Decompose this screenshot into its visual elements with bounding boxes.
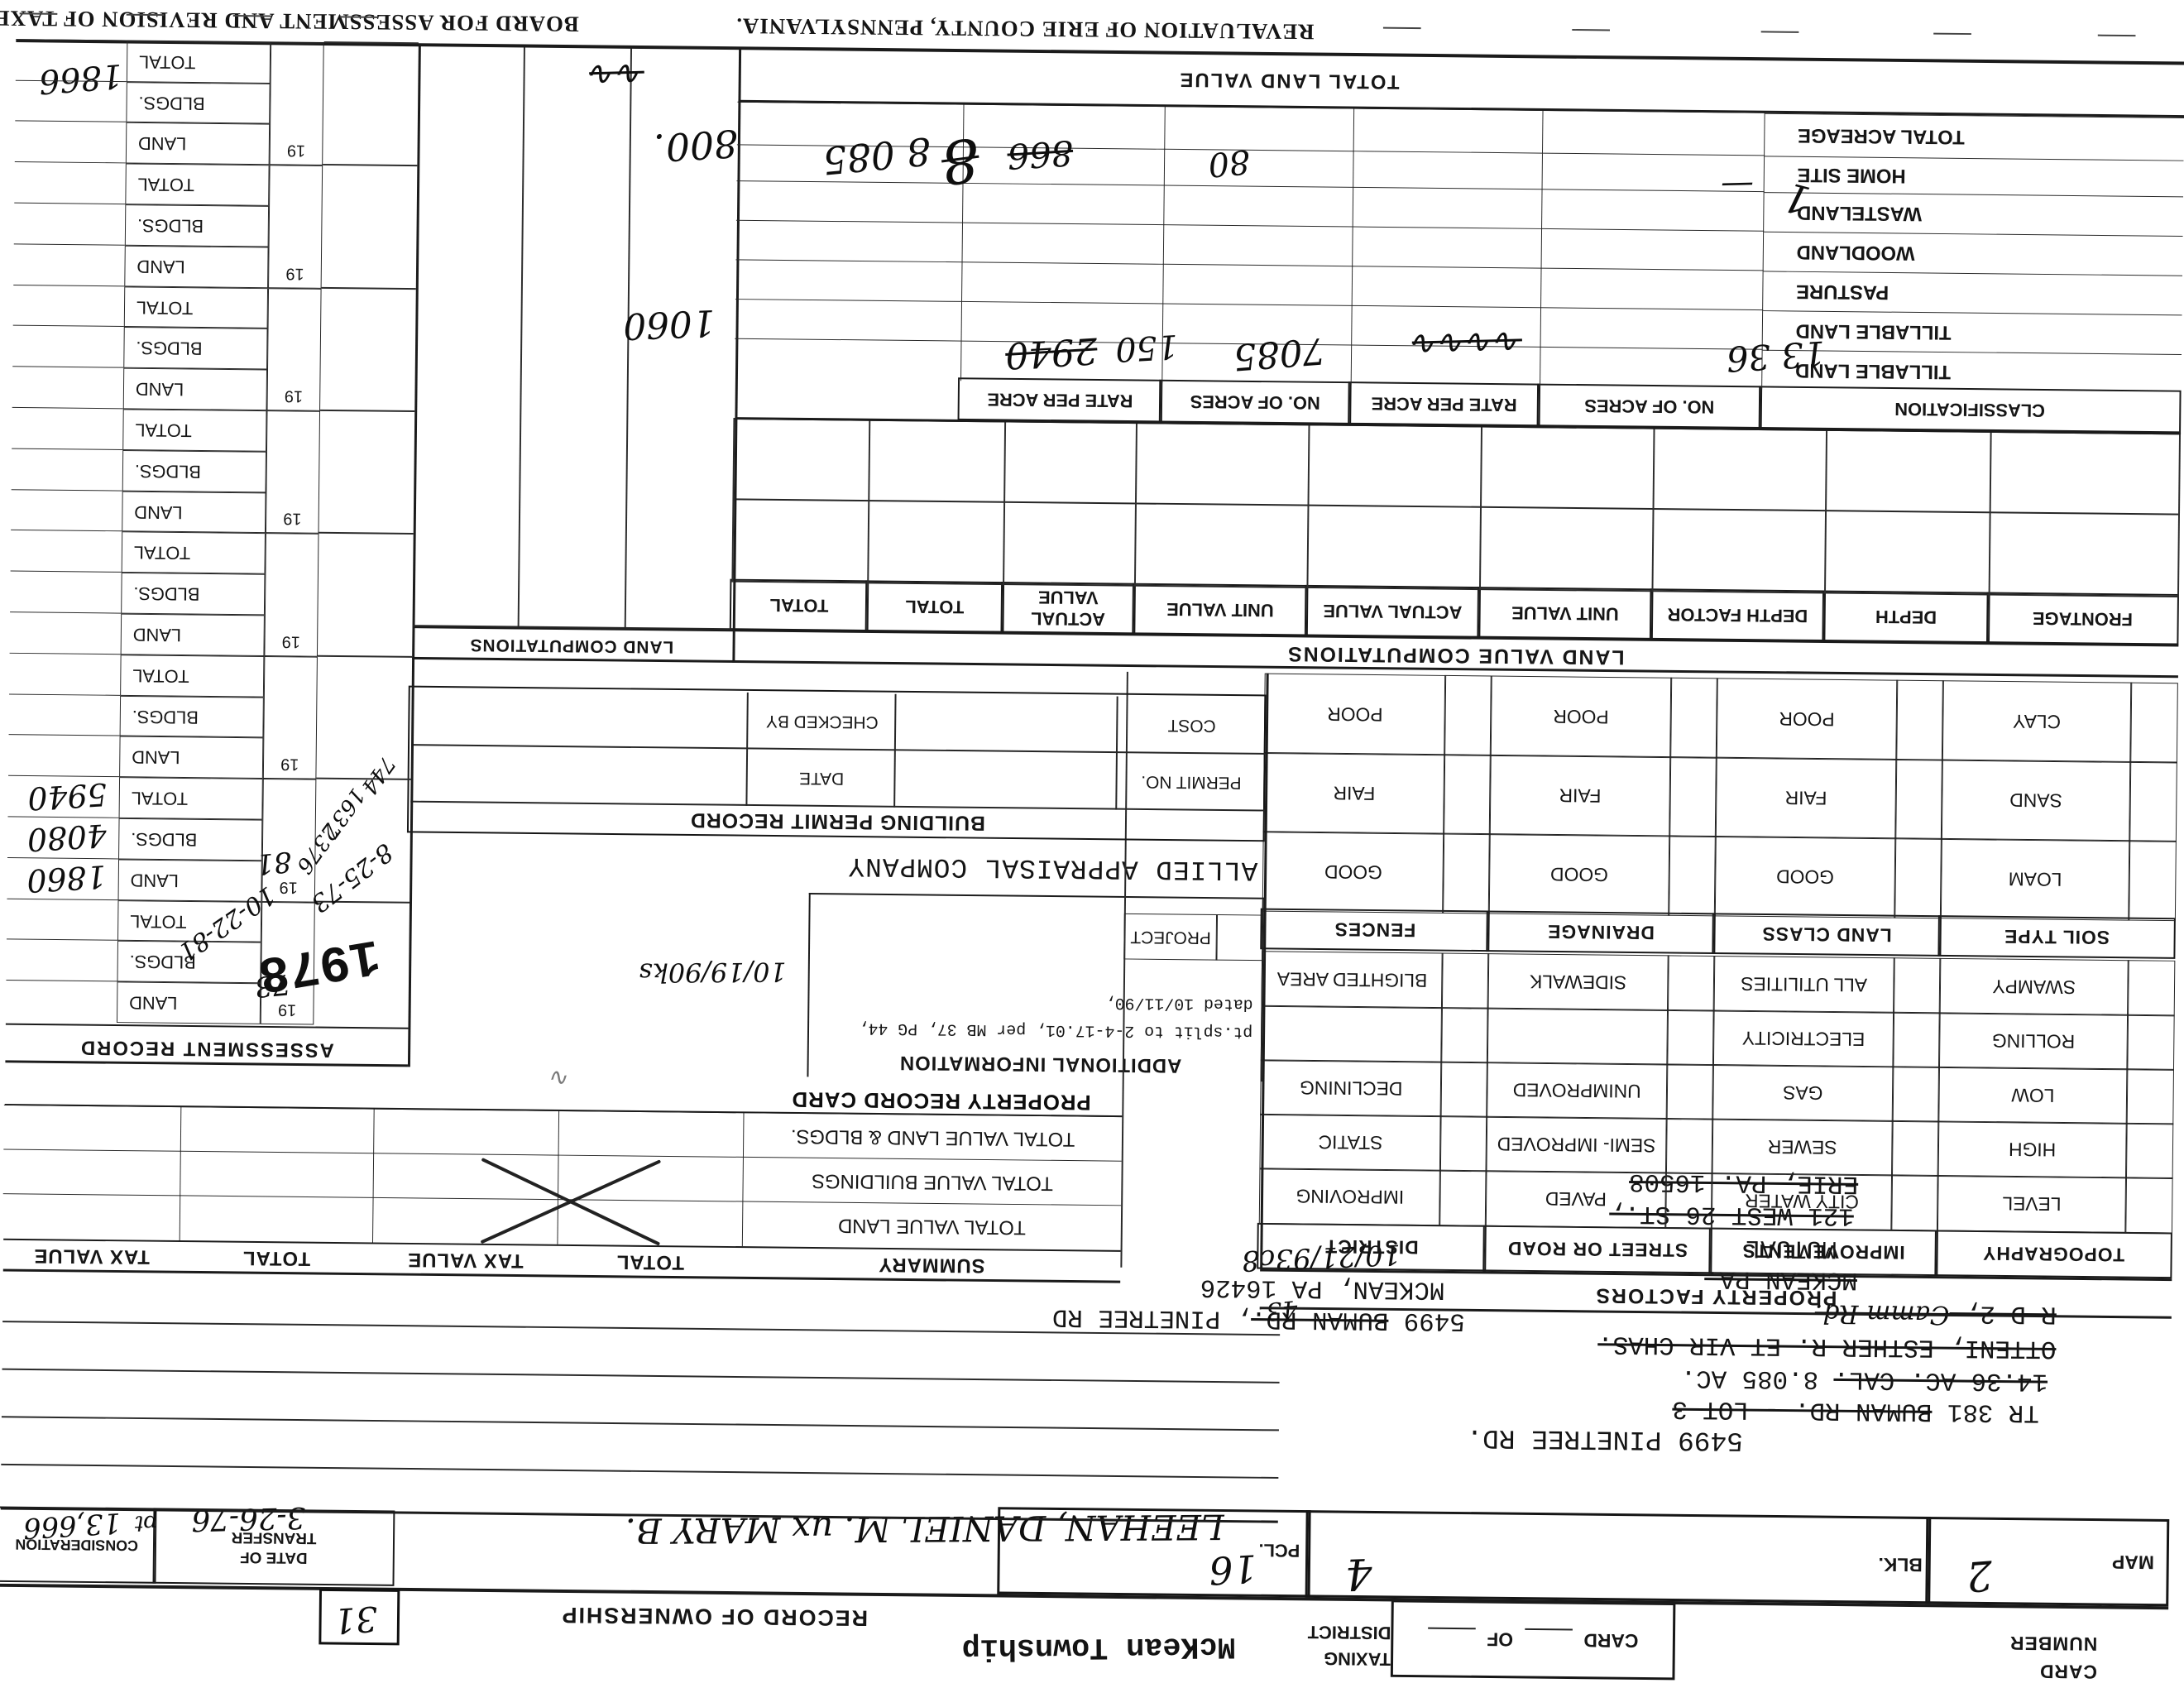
factor-sub-label: GOOD — [1488, 833, 1670, 916]
blk-box — [1305, 1510, 1932, 1604]
rule — [1572, 29, 1610, 31]
assessment-value-cell — [14, 161, 126, 204]
factor-label: ELECTRICITY — [1712, 1010, 1894, 1068]
assessment-value-cell — [12, 325, 124, 368]
blank-line — [1525, 1628, 1573, 1652]
summary-cell — [3, 1149, 181, 1196]
assessment-row-label: TOTAL — [122, 409, 266, 451]
factors-sub-header: DRAINAGE — [1486, 910, 1716, 954]
assessment-value-cell — [7, 898, 118, 941]
factor-checkbox — [1215, 914, 1263, 961]
assessment-row-label: TOTAL — [125, 164, 269, 206]
factor-sub-label: FAIR — [1489, 755, 1671, 837]
rule — [1761, 31, 1799, 32]
summary-cell — [2, 1193, 180, 1240]
assessment-year-cell: 19 — [267, 288, 322, 411]
summary-row-label: TOTAL VALUE LAND & BLDGS. — [744, 1112, 1122, 1161]
factors-col-header: TOPOGRAPHY — [1934, 1230, 2172, 1278]
classification-row-label: WASTELAND — [1764, 192, 2183, 236]
factor-checkbox — [1443, 754, 1492, 835]
factor-sub-label: FAIR — [1715, 757, 1897, 840]
assessment-note-cell — [322, 164, 418, 290]
factor-label: LOW — [1937, 1067, 2128, 1125]
classification-cell — [961, 261, 1164, 304]
assessment-row-label: BLDGS. — [126, 82, 270, 124]
card-of-box: CARDOF — [1391, 1599, 1676, 1680]
assessment-row-label: LAND — [126, 122, 270, 165]
classification-handwriting: ∿∿ — [590, 92, 645, 94]
card-rotated-180: REVALUATION OF ERIE COUNTY, PENNSYLVANIA… — [0, 0, 2184, 1688]
factor-checkbox — [1667, 955, 1715, 1011]
classification-cell — [1164, 106, 1354, 151]
factor-label: CITY WATER — [1711, 1172, 1893, 1230]
summary-row-label: TOTAL VALUE BUILDINGS — [743, 1157, 1121, 1206]
assessment-note-cell — [316, 655, 412, 781]
classification-row-label: HOME SITE — [1765, 156, 2184, 196]
assessment-value-cell — [12, 407, 123, 450]
computations-col-header: TOTAL — [730, 579, 869, 631]
factor-checkbox — [1442, 833, 1491, 914]
factor-checkbox — [1666, 1063, 1714, 1120]
rule — [734, 498, 2180, 515]
x-scrawl — [488, 1119, 663, 1282]
factor-checkbox — [1890, 1174, 1938, 1230]
rule — [1933, 33, 1971, 35]
assessment-value-cell — [12, 448, 123, 491]
factor-label: SIDEWALK — [1487, 953, 1669, 1011]
assessment-row-label: TOTAL — [122, 532, 266, 574]
classification-cell — [736, 180, 964, 223]
classification-col-header: NO. OF ACRES — [1159, 380, 1352, 424]
factor-label: GAS — [1712, 1064, 1894, 1122]
assessment-row-label: BLDGS. — [123, 327, 267, 369]
factor-checkbox — [1665, 1118, 1713, 1174]
summary-cell — [3, 1105, 181, 1152]
factor-label — [1487, 1008, 1669, 1066]
rule — [2, 1416, 1279, 1431]
factor-checkbox — [1666, 1009, 1714, 1066]
assessment-value-cell — [8, 735, 120, 778]
address-text: , PINETREE RD — [1052, 1302, 1252, 1333]
permit-label: CHECKED BY — [748, 695, 896, 747]
factor-label: SWAMPY — [1939, 958, 2129, 1016]
permit-label: COST — [1118, 699, 1266, 751]
classification-cell — [1163, 185, 1353, 227]
date-note: 10/19/90ks — [639, 987, 786, 988]
project-label: PROJECT — [1123, 914, 1218, 961]
assessment-value-cell — [6, 980, 117, 1023]
factor-label: DECLINING — [1260, 1059, 1442, 1117]
assessment-row-label: BLDGS. — [120, 695, 264, 737]
assessment-note-cell — [318, 532, 414, 658]
classification-cell — [1542, 110, 1765, 156]
assessment-value-cell — [10, 611, 122, 655]
factor-sub-label: POOR — [1716, 678, 1898, 760]
factor-checkbox — [1669, 678, 1718, 759]
factor-sub-label: SAND — [1941, 760, 2131, 842]
assessment-row-label: LAND — [117, 982, 261, 1024]
factor-sub-label: CLAY — [1942, 680, 2132, 763]
assessment-record-title: ASSESSMENT RECORD — [5, 1035, 408, 1062]
factor-label: HIGH — [1937, 1120, 2128, 1178]
summary-cell — [180, 1106, 375, 1153]
factor-checkbox — [2127, 960, 2175, 1016]
assessment-value-cell — [11, 530, 122, 573]
assessment-year-cell: 19 — [264, 534, 318, 657]
assessment-value-cell — [15, 121, 127, 164]
assessment-value-cell — [9, 693, 121, 736]
land-computations-title: LAND COMPUTATIONS — [412, 634, 731, 657]
assessment-row-label: LAND — [123, 368, 267, 410]
factor-checkbox — [1440, 1007, 1488, 1063]
assessment-value-cell — [13, 285, 125, 328]
assessment-note-cell — [320, 286, 416, 412]
address-text-struck: BUMAN RD. - LOT 3 — [1672, 1394, 1932, 1426]
classification-row-label: TILLABLE LAND — [1763, 310, 2182, 354]
factor-sub-label: POOR — [1264, 674, 1446, 756]
assessment-row-label: LAND — [119, 736, 263, 779]
address-text: MCKEAN, PA 16426 — [1200, 1273, 1445, 1304]
factor-label: SEWER — [1712, 1119, 1894, 1177]
computations-col-header: TOTAL — [865, 580, 1004, 632]
address-text: 8.085 AC. — [1681, 1363, 1834, 1393]
assessment-row-label: TOTAL — [124, 286, 268, 328]
factor-checkbox — [2126, 1014, 2174, 1071]
summary-cell — [180, 1195, 374, 1242]
address-text: 5499 PINETREE RD. — [1466, 1422, 1743, 1455]
factor-checkbox — [2129, 761, 2177, 842]
factor-checkbox — [2126, 1068, 2174, 1125]
factors-sub-header: LAND CLASS — [1712, 913, 1942, 957]
assessment-year-cell: 19 — [270, 42, 324, 165]
factor-label — [1261, 1005, 1443, 1063]
total-land-value-label: TOTAL LAND VALUE — [837, 50, 1741, 109]
classification-cell — [962, 223, 1165, 265]
factor-label: PAVED — [1485, 1170, 1667, 1228]
factor-checkbox — [1669, 756, 1717, 837]
factor-checkbox — [1893, 957, 1941, 1014]
rule — [2, 1369, 1280, 1383]
factor-label: IMPROVING — [1259, 1168, 1441, 1225]
assessment-row-label: LAND — [124, 246, 268, 288]
classification-cell — [1352, 266, 1542, 308]
blk-label: BLK. — [1856, 1551, 1923, 1576]
assessment-row-label: TOTAL — [127, 41, 271, 83]
address-text-struck: R D 2, — [1949, 1298, 2057, 1328]
assessment-row-label: BLDGS. — [122, 450, 266, 492]
classification-col-header: RATE PER ACRE — [1348, 381, 1540, 426]
factor-checkbox — [2124, 1177, 2172, 1233]
computations-col-header: ACTUAL VALUE — [1000, 582, 1135, 634]
factors-col-header: IMPROVEMENTS — [1708, 1228, 1938, 1277]
record-of-ownership-title: RECORD OF OWNERSHIP — [476, 1601, 952, 1632]
rule — [1383, 27, 1421, 29]
classification-col-header: CLASSIFICATION — [1759, 386, 2182, 433]
classification-row-label: PASTURE — [1763, 271, 2182, 314]
computations-col-header: UNIT VALUE — [1477, 587, 1653, 640]
rule — [518, 46, 525, 628]
factor-sub-label: FAIR — [1263, 752, 1445, 835]
classification-cell — [1162, 264, 1353, 306]
address-text-struck: 14.36 AC. CAL. — [1833, 1364, 2047, 1395]
classification-cell — [1541, 228, 1765, 271]
assessment-row-label: LAND — [121, 614, 265, 656]
rule — [1, 1464, 1278, 1479]
factor-label: STATIC — [1259, 1114, 1441, 1172]
factor-checkbox — [1664, 1172, 1712, 1229]
classification-cell — [1164, 149, 1354, 188]
taxing-district-stamp: McKean Township — [962, 1628, 1236, 1665]
classification-row-label: WOODLAND — [1764, 232, 2183, 276]
classification-col-header: NO. OF ACRES — [1537, 384, 1763, 429]
classification-cell — [1540, 268, 1764, 310]
classification-col-header: RATE PER ACRE — [958, 377, 1163, 422]
factor-checkbox — [2128, 840, 2177, 921]
factor-checkbox — [2129, 683, 2178, 764]
assessment-year-cell: 19 — [263, 656, 318, 779]
assessment-year-cell: 19 — [268, 165, 323, 288]
computations-col-header: FRONTAGE — [1986, 592, 2179, 645]
assessment-row-label: BLDGS. — [118, 818, 262, 861]
factor-label: ROLLING — [1938, 1012, 2129, 1070]
summary-col-header: TOTAL — [180, 1242, 373, 1273]
computations-col-header: ACTUAL VALUE — [1305, 585, 1481, 638]
assessment-row-label: LAND — [122, 491, 266, 533]
classification-cell — [735, 259, 963, 302]
assessment-value-cell — [16, 39, 127, 82]
factor-sub-label: POOR — [1490, 676, 1672, 759]
classification-cell — [1353, 187, 1543, 229]
factor-checkbox — [1892, 1066, 1940, 1122]
factor-label: BLIGHTED AREA — [1261, 951, 1443, 1009]
factor-sub-label: GOOD — [1714, 836, 1896, 918]
assessment-value-cell — [13, 243, 125, 286]
factor-checkbox — [1440, 1062, 1488, 1118]
factor-sub-label: LOAM — [1940, 838, 2130, 921]
summary-col-header: SUMMARY — [742, 1248, 1120, 1282]
additional-info-line: dated 10/11/90, — [1105, 993, 1253, 1014]
blank-line — [1428, 1628, 1476, 1651]
factors-col-header: STREET OR ROAD — [1482, 1225, 1712, 1274]
factor-checkbox — [1892, 1012, 1940, 1068]
assessment-value-cell — [12, 366, 124, 409]
classification-cell — [1353, 108, 1544, 154]
assessment-value-cell — [10, 571, 122, 614]
scanned-property-record-card: REVALUATION OF ERIE COUNTY, PENNSYLVANIA… — [0, 0, 2184, 1688]
rule — [2098, 35, 2136, 36]
factor-checkbox — [2125, 1123, 2173, 1179]
assessment-value-cell — [11, 489, 122, 532]
pencil-scrawl: ∿ — [553, 1090, 573, 1093]
classification-cell — [735, 299, 962, 342]
assessment-value-cell — [6, 939, 117, 982]
factor-label: LEVEL — [1937, 1175, 2127, 1233]
factor-checkbox — [1439, 1115, 1487, 1172]
permit-label: PERMIT NO. — [1117, 755, 1265, 808]
additional-information-title: ADDITIONAL INFORMATION — [818, 1050, 1262, 1077]
classification-cell — [1163, 224, 1353, 266]
classification-handwriting: 800. — [655, 165, 740, 170]
factor-checkbox — [1895, 680, 1944, 761]
factor-checkbox — [1894, 759, 1943, 840]
assessment-note-cell — [318, 410, 414, 535]
assessment-value-cell — [14, 203, 126, 246]
factors-sub-header: SOIL TYPE — [1937, 915, 2175, 959]
card-number-label: CARDNUMBER — [1957, 1618, 2098, 1686]
factor-checkbox — [1441, 953, 1489, 1009]
banner-revaluation: REVALUATION OF ERIE COUNTY, PENNSYLVANIA… — [735, 12, 1315, 44]
assessment-note-cell — [323, 41, 419, 167]
factor-checkbox — [1668, 835, 1717, 916]
factors-col-header: DISTRICT — [1257, 1223, 1487, 1272]
summary-cell — [180, 1151, 374, 1198]
computations-col-header: UNIT VALUE — [1132, 583, 1308, 636]
factor-label: SEMI- IMPROVED — [1485, 1116, 1667, 1174]
map-label: MAP — [2056, 1547, 2154, 1573]
assessment-row-label: BLDGS. — [125, 204, 269, 247]
computations-col-header: DEPTH FACTOR — [1650, 588, 1826, 641]
factor-checkbox — [1439, 1170, 1487, 1226]
factor-label: UNIMPROVED — [1486, 1062, 1668, 1120]
factor-label: ALL UTILITIES — [1713, 956, 1895, 1014]
rule — [2177, 433, 2181, 597]
factor-sub-label: GOOD — [1262, 831, 1444, 914]
summary-row-label: TOTAL VALUE LAND — [743, 1201, 1121, 1250]
factor-checkbox — [1444, 675, 1492, 756]
factor-checkbox — [1891, 1120, 1939, 1177]
classification-cell — [1352, 227, 1542, 269]
address-text: TR 381 — [1932, 1397, 2039, 1427]
classification-cell — [1353, 151, 1543, 189]
assessment-row-label: TOTAL — [119, 777, 263, 819]
classification-cell — [962, 183, 1165, 225]
assessment-value-cell — [15, 79, 127, 122]
factor-checkbox — [1894, 837, 1942, 918]
assessment-row-label: TOTAL — [120, 655, 264, 697]
address-text-struck: OTTENI, ESTHER R. ET VIR CHAS. — [1597, 1329, 2057, 1363]
computations-col-header: DEPTH — [1822, 590, 1990, 643]
permit-label: DATE — [747, 751, 895, 803]
appraisal-company: ALLIED APPRAISAL COMPANY — [847, 851, 1257, 885]
summary-col-header: TAX VALUE — [3, 1240, 180, 1272]
classification-handwriting: 1060 — [624, 343, 716, 348]
page-title: PROPERTY RECORD CARD — [795, 1086, 1091, 1115]
classification-cell — [735, 338, 962, 381]
assessment-year-cell: 19 — [266, 410, 320, 534]
assessment-value-cell — [9, 653, 121, 696]
banner-board: BOARD FOR ASSESSMENT AND REVISION OF TAX… — [0, 5, 579, 36]
taxing-district-label: TAXINGDISTRICT — [1259, 1610, 1391, 1672]
classification-row-label: TOTAL ACREAGE — [1765, 113, 2184, 161]
assessment-row-label: BLDGS. — [121, 573, 265, 615]
factors-sub-header: FENCES — [1260, 909, 1490, 952]
classification-cell — [735, 220, 963, 263]
